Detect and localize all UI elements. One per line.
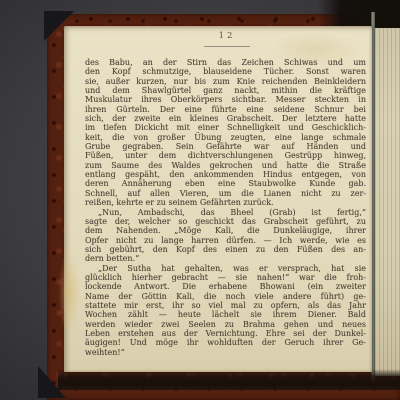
text-line: Grube gegraben. Sein Gefährte war auf Hä… xyxy=(85,142,366,151)
text-line: lockende Antwort. Die erhabene Bhowani (… xyxy=(85,282,366,291)
text-line: glücklich hierher gebracht — sie nahen!“… xyxy=(85,273,366,282)
text-line: dem Nahenden. „Möge Kali, die Dunkeläugi… xyxy=(85,226,366,235)
text-line: äugigen! Und möge ihr wohlduften der Ger… xyxy=(85,338,366,347)
text-line: deren Annäherung eben eine Staubwolke Ku… xyxy=(85,179,366,188)
photo-backdrop: 12 des Babu, an der Stirn das Zeichen Sc… xyxy=(0,0,400,400)
text-line: im tiefen Dickicht mit einer Schnelligke… xyxy=(85,123,366,132)
book-bottom-shadow xyxy=(58,369,400,390)
text-line: den Kopf schmutzige, blauseidene Tücher.… xyxy=(85,67,366,76)
text-line: reißen, kehrte er zu seinem Gefährten zu… xyxy=(85,198,366,207)
text-line: ihren Gürteln. Der eine führte eine seid… xyxy=(85,105,366,114)
text-line: stattete mir erst, ihr so viel mal zu op… xyxy=(85,301,366,310)
page-number-rule xyxy=(204,46,250,47)
text-line: „Nun, Ambadschi, das Bheel (Grab) ist fe… xyxy=(85,208,366,217)
text-line: keit, die von großer Übung zeugten, eine… xyxy=(85,133,366,142)
text-line: und dem Shawlgürtel ganz nackt, mithin d… xyxy=(85,86,366,95)
text-line: Leben erstehen aus der Vernichtung. Ehre… xyxy=(85,329,366,338)
text-line: Wochen zählt — heute lächelt sie ihrem D… xyxy=(85,310,366,319)
text-line: Name der Göttin Kali, die noch viele and… xyxy=(85,292,366,301)
text-line: sich, der zweite ein kleines Grabscheit.… xyxy=(85,114,366,123)
page-number: 12 xyxy=(197,31,257,41)
text-line: sie, außer kurzen, nur bis zum Knie reic… xyxy=(85,77,366,86)
text-line: zum Saume des Waldes gekrochen und hatte… xyxy=(85,161,366,170)
text-block: des Babu, an der Stirn das Zeichen Schiw… xyxy=(85,58,366,357)
text-line: Schnell, auf allen Vieren, um die Lianen… xyxy=(85,189,366,198)
text-line: sich gebührt, den Kopf des einen zu den … xyxy=(85,245,366,254)
book-fore-edge xyxy=(375,28,400,376)
text-line: dern betten.“ xyxy=(85,254,366,263)
text-line: Füßen, unter dem dichtverschlungenen Ges… xyxy=(85,151,366,160)
book-page: 12 des Babu, an der Stirn das Zeichen Sc… xyxy=(64,26,372,372)
text-line: Opfer nicht zu lange harren dürfen. — Ic… xyxy=(85,236,366,245)
text-line: Muskulatur ihres Oberkörpers sichtbar. M… xyxy=(85,95,366,104)
text-line: des Babu, an der Stirn das Zeichen Schiw… xyxy=(85,58,366,67)
text-line: sagte der, welcher so geschickt das Grab… xyxy=(85,217,366,226)
text-line: werden wieder zwei Seelen zu Brahma gehe… xyxy=(85,320,366,329)
text-line: weihten!“ xyxy=(85,348,366,357)
text-line: „Der Sutha hat gehalten, was er versprac… xyxy=(85,264,366,273)
text-line: entlang gespäht, den ankommenden Hindus … xyxy=(85,170,366,179)
